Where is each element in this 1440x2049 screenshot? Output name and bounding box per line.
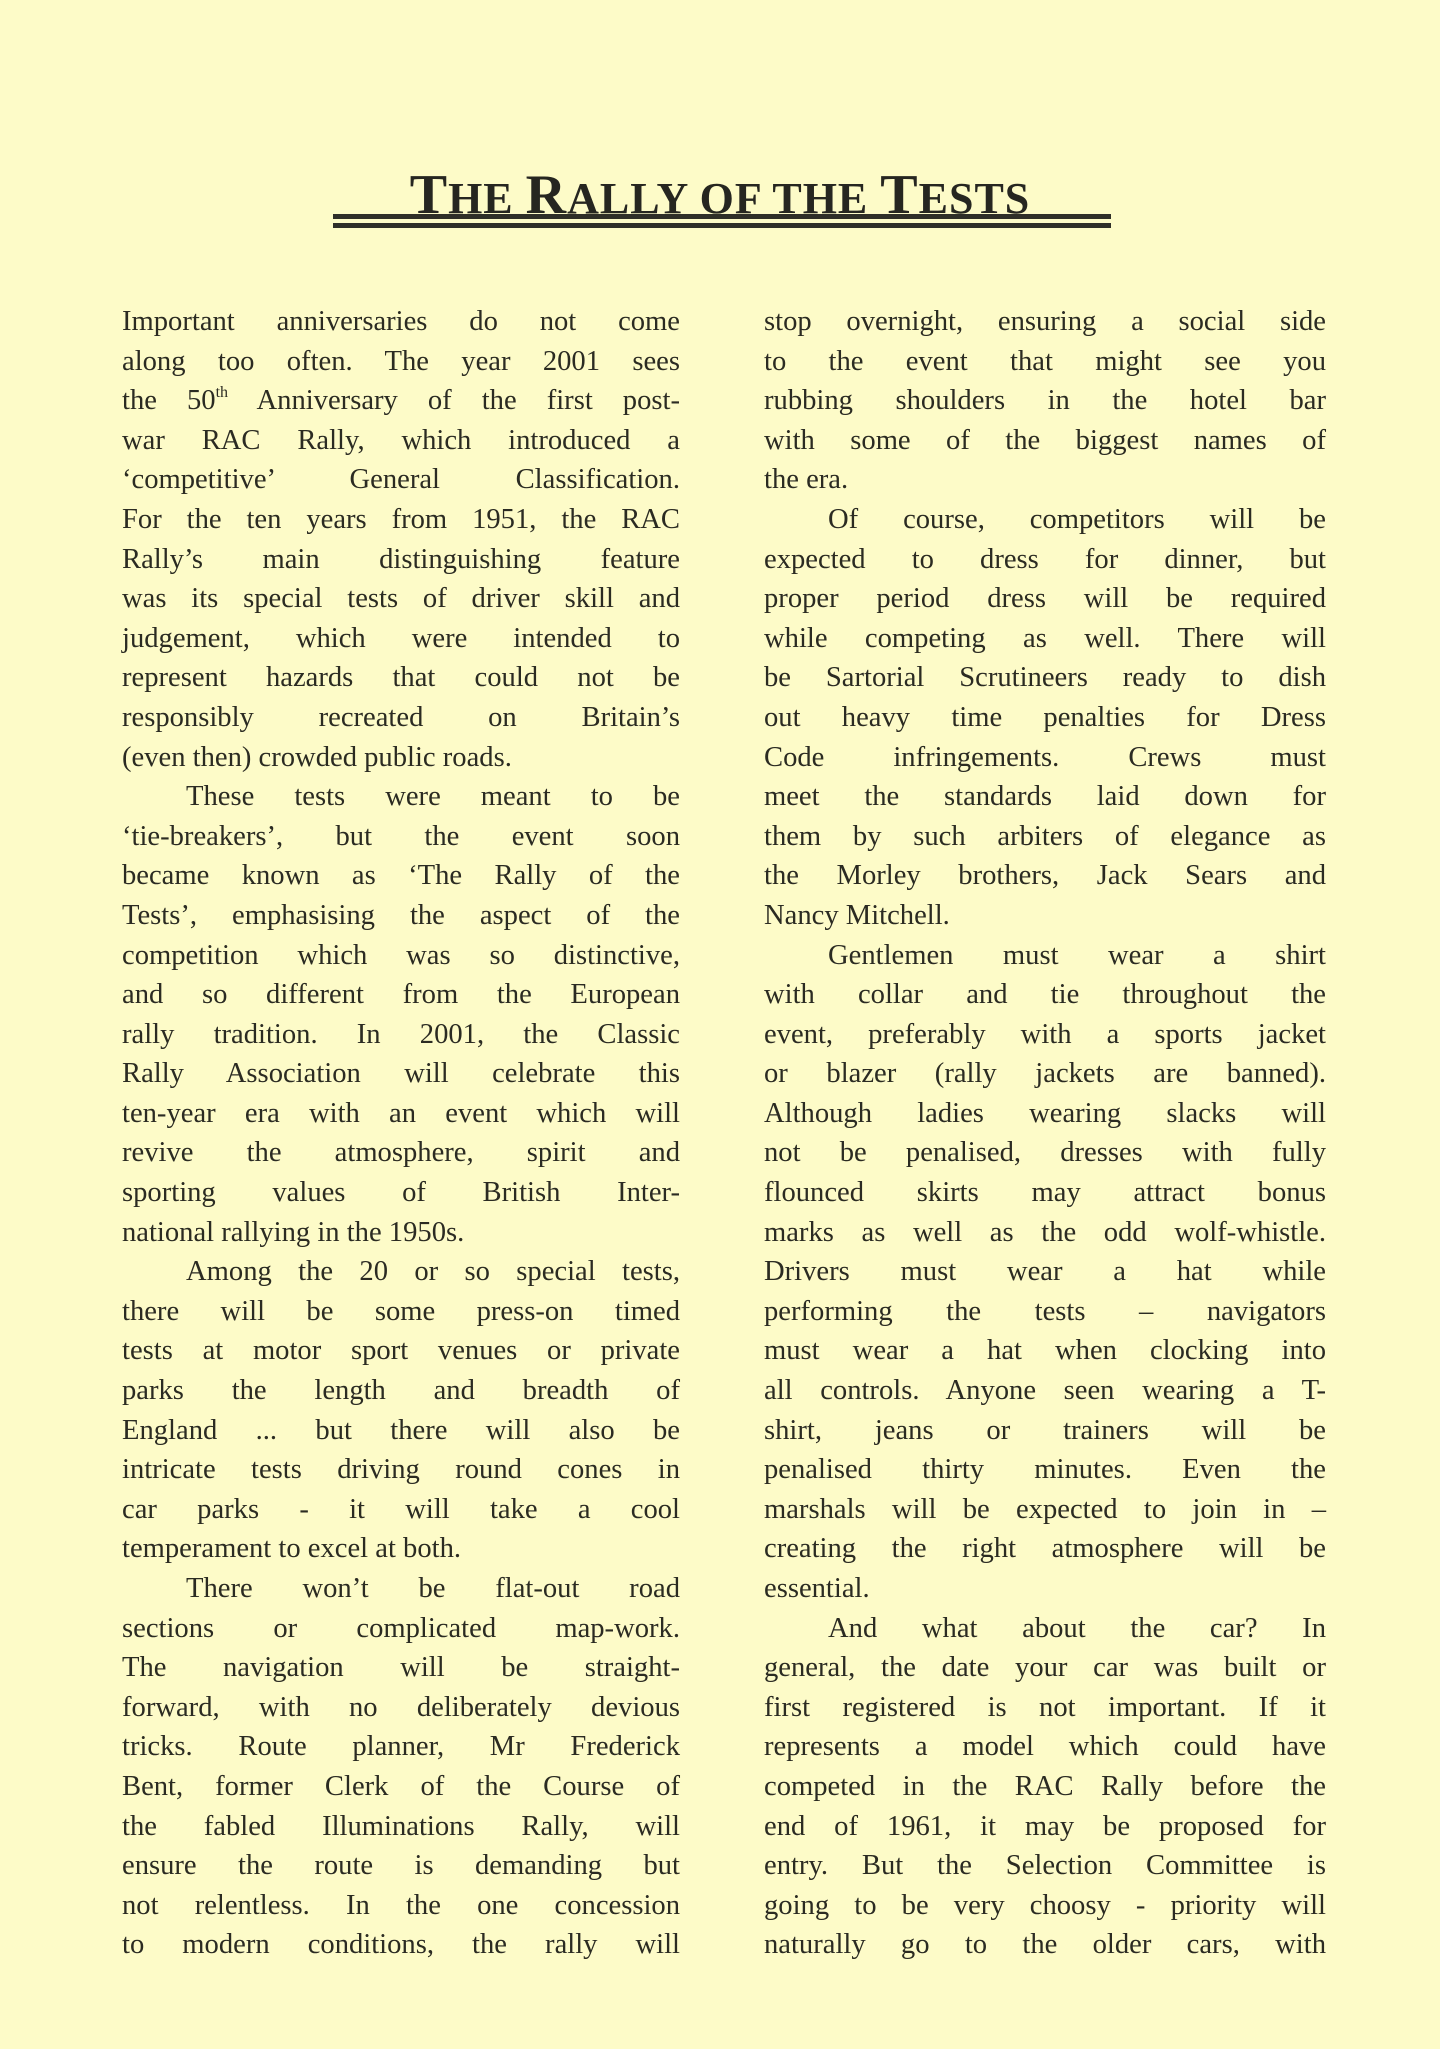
text-line: parks the length and breadth of (122, 1371, 680, 1411)
text-line: be Sartorial Scrutineers ready to dish (764, 658, 1326, 698)
text-line: expected to dress for dinner, but (764, 540, 1326, 580)
text-line: Nancy Mitchell. (764, 896, 1326, 936)
text-line: sporting values of British Inter- (122, 1173, 680, 1213)
text-line: creating the right atmosphere will be (764, 1529, 1326, 1569)
text-line: car parks - it will take a cool (122, 1490, 680, 1530)
text-line: Rally’s main distinguishing feature (122, 540, 680, 580)
text-line: Code infringements. Crews must (764, 738, 1326, 778)
text-line: Important anniversaries do not come (122, 302, 680, 342)
text-line: or blazer (rally jackets are banned). (764, 1054, 1326, 1094)
article-column-right: stop overnight, ensuring a social sideto… (764, 302, 1326, 1965)
text-line: the fabled Illuminations Rally, will (122, 1807, 680, 1847)
text-line: These tests were meant to be (122, 777, 680, 817)
text-line: Although ladies wearing slacks will (764, 1094, 1326, 1134)
text-line: rubbing shoulders in the hotel bar (764, 381, 1326, 421)
text-line: while competing as well. There will (764, 619, 1326, 659)
text-line: essential. (764, 1569, 1326, 1609)
text-line: not relentless. In the one concession (122, 1886, 680, 1926)
text-line: Gentlemen must wear a shirt (764, 936, 1326, 976)
text-line: Drivers must wear a hat while (764, 1252, 1326, 1292)
text-line: tests at motor sport venues or private (122, 1331, 680, 1371)
text-line: rally tradition. In 2001, the Classic (122, 1015, 680, 1055)
text-line: the era. (764, 460, 1326, 500)
text-line: all controls. Anyone seen wearing a T- (764, 1371, 1326, 1411)
text-line: ensure the route is demanding but (122, 1846, 680, 1886)
text-line: war RAC Rally, which introduced a (122, 421, 680, 461)
text-line: represents a model which could have (764, 1727, 1326, 1767)
text-line: naturally go to the older cars, with (764, 1925, 1326, 1965)
text-line: first registered is not important. If it (764, 1688, 1326, 1728)
text-line: marshals will be expected to join in – (764, 1490, 1326, 1530)
text-line: forward, with no deliberately devious (122, 1688, 680, 1728)
text-line: Tests’, emphasising the aspect of the (122, 896, 680, 936)
text-line: represent hazards that could not be (122, 658, 680, 698)
text-line: Rally Association will celebrate this (122, 1054, 680, 1094)
text-line: There won’t be flat-out road (122, 1569, 680, 1609)
page-title: THE RALLY OF THE TESTS (320, 165, 1120, 229)
text-line: temperament to excel at both. (122, 1529, 680, 1569)
text-line: penalised thirty minutes. Even the (764, 1450, 1326, 1490)
text-line: there will be some press-on timed (122, 1292, 680, 1332)
text-line: responsibly recreated on Britain’s (122, 698, 680, 738)
text-line: them by such arbiters of elegance as (764, 817, 1326, 857)
text-line: Among the 20 or so special tests, (122, 1252, 680, 1292)
text-line: and so different from the European (122, 975, 680, 1015)
text-line: the 50th Anniversary of the first post- (122, 381, 680, 421)
text-line: event, preferably with a sports jacket (764, 1015, 1326, 1055)
text-line: meet the standards laid down for (764, 777, 1326, 817)
text-line: with some of the biggest names of (764, 421, 1326, 461)
ordinal-superscript: th (216, 384, 228, 401)
text-line: judgement, which were intended to (122, 619, 680, 659)
text-line: revive the atmosphere, spirit and (122, 1133, 680, 1173)
text-line: Of course, competitors will be (764, 500, 1326, 540)
text-line: And what about the car? In (764, 1609, 1326, 1649)
text-line: end of 1961, it may be proposed for (764, 1807, 1326, 1847)
text-line: performing the tests – navigators (764, 1292, 1326, 1332)
text-line: along too often. The year 2001 sees (122, 342, 680, 382)
text-line: flounced skirts may attract bonus (764, 1173, 1326, 1213)
article-column-left: Important anniversaries do not comealong… (122, 302, 680, 1965)
text-line: tricks. Route planner, Mr Frederick (122, 1727, 680, 1767)
text-line: the Morley brothers, Jack Sears and (764, 856, 1326, 896)
text-line: national rallying in the 1950s. (122, 1213, 680, 1253)
document-page: THE RALLY OF THE TESTS Important anniver… (0, 0, 1440, 2049)
text-line: not be penalised, dresses with fully (764, 1133, 1326, 1173)
text-line: Bent, former Clerk of the Course of (122, 1767, 680, 1807)
text-line: entry. But the Selection Committee is (764, 1846, 1326, 1886)
text-line: to modern conditions, the rally will (122, 1925, 680, 1965)
text-line: England ... but there will also be (122, 1411, 680, 1451)
text-line: proper period dress will be required (764, 579, 1326, 619)
text-line: ‘tie-breakers’, but the event soon (122, 817, 680, 857)
text-line: became known as ‘The Rally of the (122, 856, 680, 896)
text-line: out heavy time penalties for Dress (764, 698, 1326, 738)
text-line: to the event that might see you (764, 342, 1326, 382)
text-line: stop overnight, ensuring a social side (764, 302, 1326, 342)
text-line: For the ten years from 1951, the RAC (122, 500, 680, 540)
text-line: marks as well as the odd wolf-whistle. (764, 1213, 1326, 1253)
text-line: (even then) crowded public roads. (122, 738, 680, 778)
title-rule-lower (333, 223, 1111, 228)
text-line: sections or complicated map-work. (122, 1609, 680, 1649)
text-line: with collar and tie throughout the (764, 975, 1326, 1015)
text-line: ten-year era with an event which will (122, 1094, 680, 1134)
title-rule-upper (333, 214, 1111, 219)
text-line: competed in the RAC Rally before the (764, 1767, 1326, 1807)
text-line: was its special tests of driver skill an… (122, 579, 680, 619)
text-line: competition which was so distinctive, (122, 936, 680, 976)
text-line: ‘competitive’ General Classification. (122, 460, 680, 500)
text-line: The navigation will be straight- (122, 1648, 680, 1688)
text-line: intricate tests driving round cones in (122, 1450, 680, 1490)
text-line: general, the date your car was built or (764, 1648, 1326, 1688)
text-line: going to be very choosy - priority will (764, 1886, 1326, 1926)
text-line: must wear a hat when clocking into (764, 1331, 1326, 1371)
text-line: shirt, jeans or trainers will be (764, 1411, 1326, 1451)
